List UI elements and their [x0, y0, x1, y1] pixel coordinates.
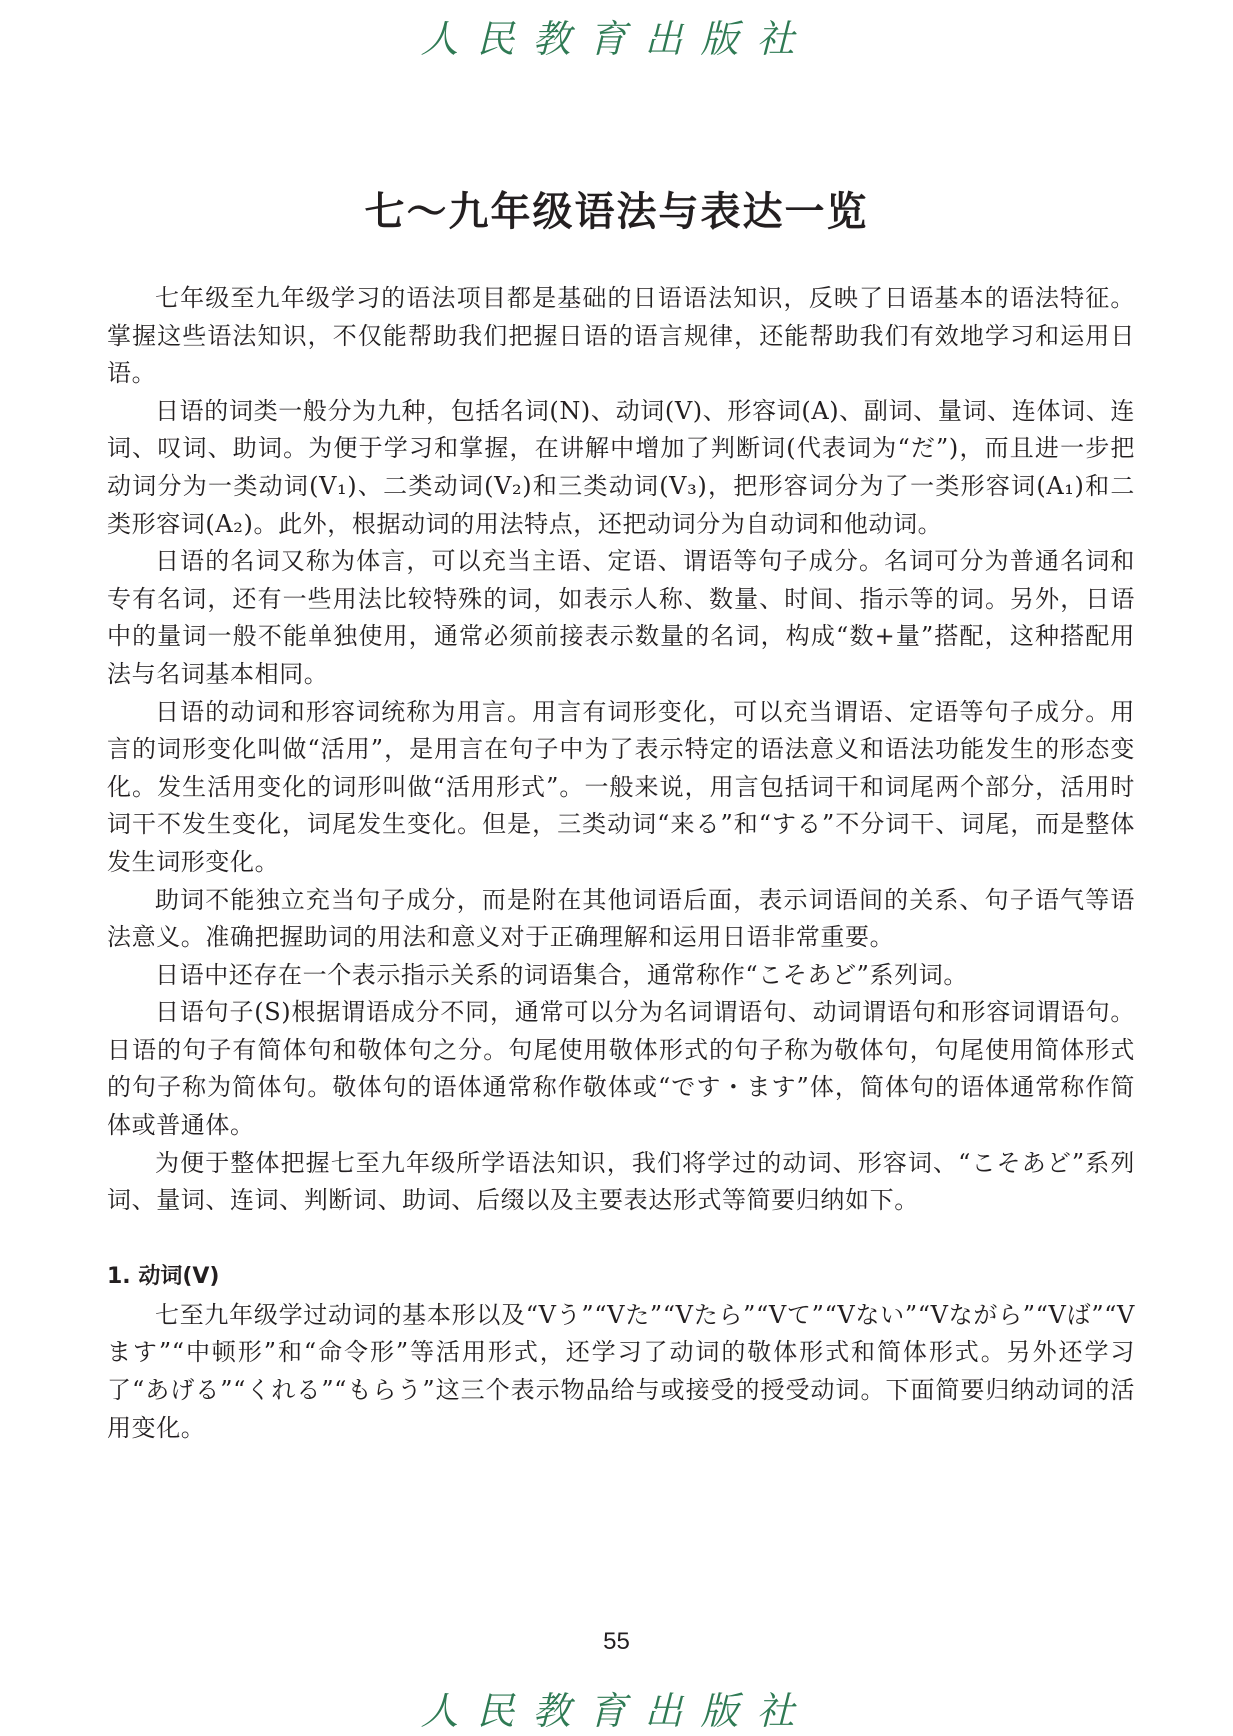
- paragraph-particles: 助词不能独立充当句子成分，而是附在其他词语后面，表示词语间的关系、句子语气等语法…: [107, 882, 1135, 957]
- paragraph-word-classes: 日语的词类一般分为九种，包括名词(N)、动词(V)、形容词(A)、副词、量词、连…: [107, 393, 1135, 543]
- page-number: 55: [0, 1628, 1233, 1656]
- publisher-logo-footer: 人民教育出版社: [0, 1680, 1233, 1735]
- paragraph-intro: 七年级至九年级学习的语法项目都是基础的日语语法知识，反映了日语基本的语法特征。掌…: [107, 280, 1135, 393]
- paragraph-sentences: 日语句子(S)根据谓语成分不同，通常可以分为名词谓语句、动词谓语句和形容词谓语句…: [107, 994, 1135, 1144]
- page-title: 七～九年级语法与表达一览: [0, 180, 1233, 237]
- paragraph-verbs-section: 七至九年级学过动词的基本形以及“Vう”“Vた”“Vたら”“Vて”“Vない”“Vな…: [107, 1297, 1135, 1447]
- document-body: 七年级至九年级学习的语法项目都是基础的日语语法知识，反映了日语基本的语法特征。掌…: [107, 280, 1135, 1447]
- publisher-logo-header: 人民教育出版社: [0, 8, 1233, 63]
- paragraph-summary: 为便于整体把握七至九年级所学语法知识，我们将学过的动词、形容词、“こそあど”系列…: [107, 1145, 1135, 1220]
- section-heading-verbs: 1. 动词(V): [107, 1257, 1135, 1297]
- paragraph-kosoado: 日语中还存在一个表示指示关系的词语集合，通常称作“こそあど”系列词。: [107, 957, 1135, 995]
- paragraph-verbs-adjectives: 日语的动词和形容词统称为用言。用言有词形变化，可以充当谓语、定语等句子成分。用言…: [107, 694, 1135, 882]
- paragraph-nouns: 日语的名词又称为体言，可以充当主语、定语、谓语等句子成分。名词可分为普通名词和专…: [107, 543, 1135, 693]
